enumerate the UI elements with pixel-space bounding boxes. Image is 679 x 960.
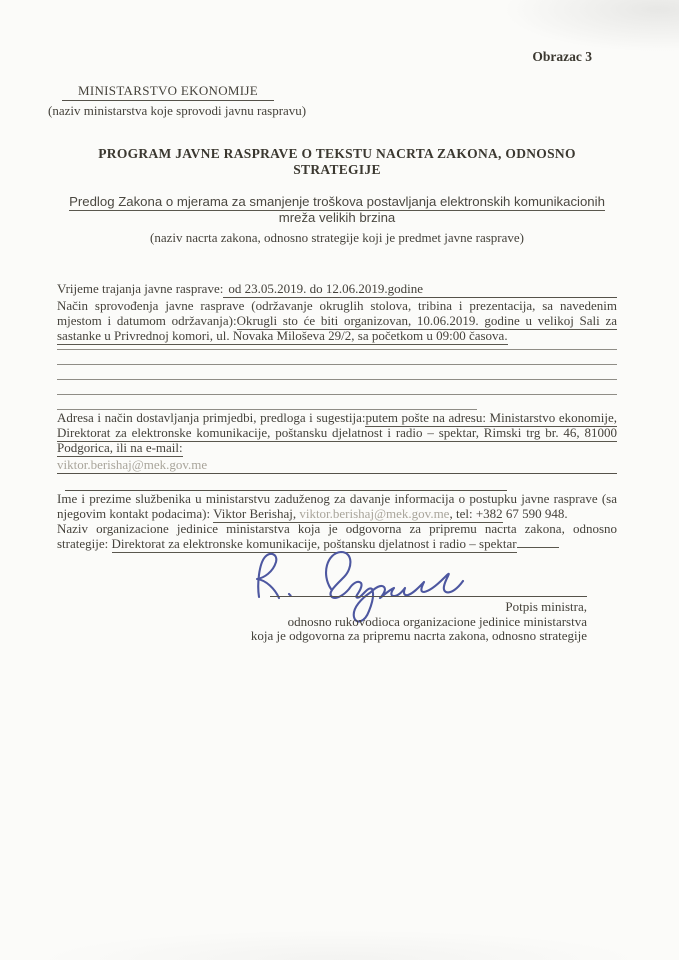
- blank-line: [57, 395, 477, 410]
- duration-value: od 23.05.2019. do 12.06.2019.godine: [223, 281, 617, 298]
- form-number-label: Obrazac 3: [57, 49, 617, 64]
- signature-caption-line3: koja je odgovorna za pripremu nacrta zak…: [57, 629, 587, 644]
- signature-caption-line2: odnosno rukovodioca organizacione jedini…: [57, 615, 587, 630]
- blank-line: [57, 365, 617, 380]
- signature-line: [270, 596, 587, 597]
- contact-paragraph: Ime i prezime službenika u ministarstvu …: [57, 491, 617, 521]
- document-title-line2: STRATEGIJE: [57, 162, 617, 178]
- blank-line: [65, 474, 507, 491]
- address-label: Adresa i način dostavljanja primjedbi, p…: [57, 410, 365, 425]
- scanned-form-page: Obrazac 3 MINISTARSTVO EKONOMIJE (naziv …: [0, 0, 679, 960]
- signature-caption-line1: Potpis ministra,: [57, 600, 587, 615]
- duration-label: Vrijeme trajanja javne rasprave:: [57, 281, 223, 296]
- blank-line: [57, 380, 617, 395]
- document-title: PROGRAM JAVNE RASPRAVE O TEKSTU NACRTA Z…: [57, 146, 617, 178]
- law-name: Predlog Zakona o mjerama za smanjenje tr…: [57, 194, 617, 226]
- contact-phone-rest: 67 590 948.: [503, 506, 568, 521]
- blank-ruled-lines: [57, 335, 617, 410]
- address-paragraph: Adresa i način dostavljanja primjedbi, p…: [57, 410, 617, 455]
- ministry-block: MINISTARSTVO EKONOMIJE: [62, 83, 274, 101]
- document-title-line1: PROGRAM JAVNE RASPRAVE O TEKSTU NACRTA Z…: [57, 146, 617, 162]
- duration-row: Vrijeme trajanja javne rasprave: od 23.0…: [57, 281, 617, 298]
- contact-email-line: viktor.berishaj@mek.gov.me: [57, 457, 617, 474]
- form-content: Obrazac 3 MINISTARSTVO EKONOMIJE (naziv …: [0, 49, 679, 661]
- ministry-name: MINISTARSTVO EKONOMIJE: [62, 83, 274, 101]
- law-name-line1: Predlog Zakona o mjerama za smanjenje tr…: [69, 194, 605, 211]
- law-name-line2: mreža velikih brzina: [279, 210, 396, 225]
- blank-line: [517, 547, 559, 548]
- ministry-caption: (naziv ministarstva koje sprovodi javnu …: [48, 103, 617, 118]
- signature-block: Potpis ministra, odnosno rukovodioca org…: [57, 551, 617, 661]
- law-name-caption: (naziv nacrta zakona, odnosno strategije…: [57, 230, 617, 245]
- blank-line: [57, 350, 617, 365]
- signature-captions: Potpis ministra, odnosno rukovodioca org…: [57, 600, 617, 644]
